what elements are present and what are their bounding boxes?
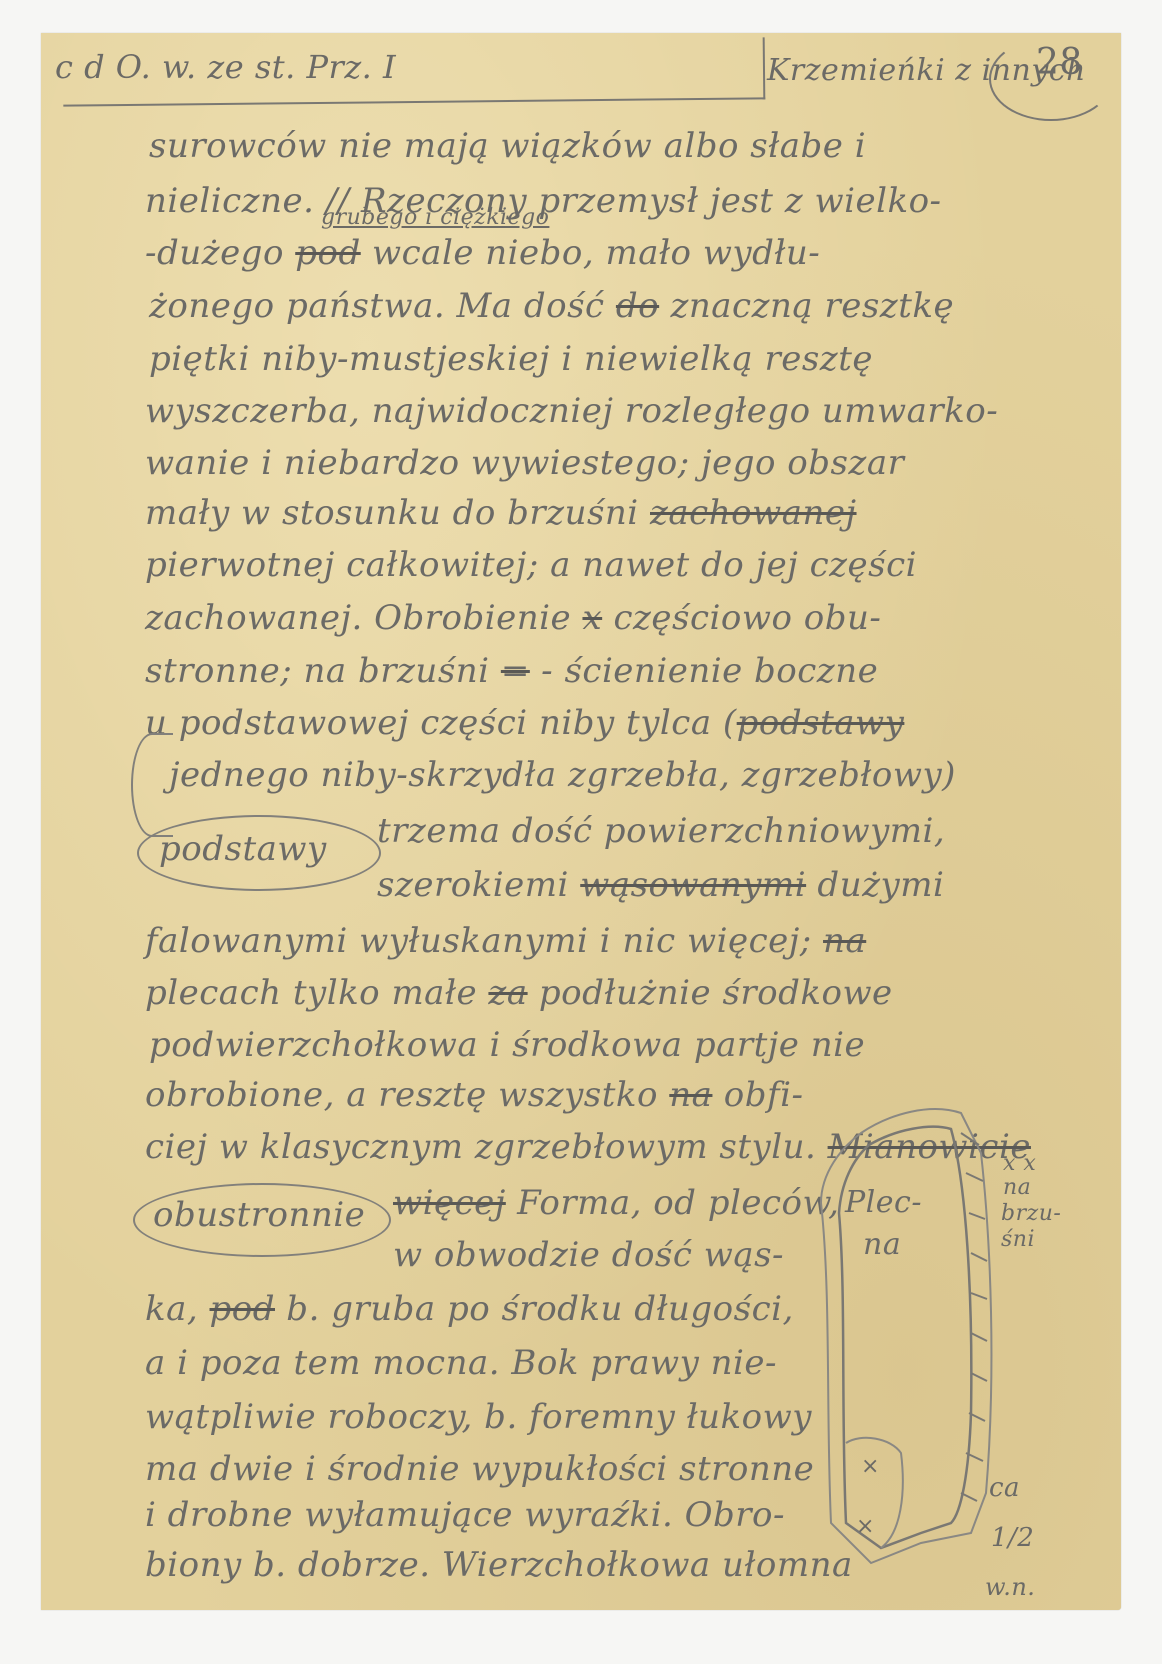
text-line-16: falowanymi wyłuskanymi i nic więcej; na: [145, 921, 866, 961]
struck-word: pod: [210, 1289, 276, 1329]
text-line-24: a i poza tem mocna. Bok prawy nie-: [145, 1343, 777, 1383]
text-line-17: plecach tylko małe za podłużnie środkowe: [145, 973, 893, 1013]
right-note-4: śni: [1001, 1227, 1035, 1252]
right-note-1: x x: [1003, 1151, 1036, 1176]
text-line-7: wanie i niebardzo wywiestego; jego obsza…: [145, 443, 904, 483]
text-line-22: w obwodzie dość wąs-: [393, 1235, 784, 1275]
scale-note-3: w.n.: [985, 1573, 1035, 1601]
text-line-6: wyszczerba, najwidoczniej rozległego umw…: [145, 391, 998, 431]
text-line-26: ma dwie i środnie wypukłości stronne: [145, 1449, 814, 1489]
struck-word: x: [582, 598, 602, 638]
scale-note-1: ca: [989, 1473, 1020, 1503]
margin-note-podstawy: podstawy: [159, 829, 327, 869]
text-line-15: szerokiemi wąsowanymi dużymi: [377, 865, 944, 905]
struck-word: =: [501, 651, 530, 691]
text-line-13: jednego niby-skrzydła zgrzebła, zgrzebło…: [169, 755, 956, 795]
text-line-11: stronne; na brzuśni = - ścienienie boczn…: [145, 651, 878, 691]
text-line-23: ka, pod b. gruba po środku długości,: [145, 1289, 794, 1329]
sketch-label-2: na: [863, 1225, 901, 1265]
svg-text:×: ×: [861, 1454, 879, 1479]
scale-note-2: 1/2: [991, 1523, 1034, 1553]
text-line-5: piętki niby-mustjeskiej i niewielką resz…: [149, 339, 873, 379]
text-line-18: podwierzchołkowa i środkowa partje nie: [149, 1025, 865, 1065]
text-line-19: obrobione, a resztę wszystko na obfi-: [145, 1075, 803, 1115]
flint-tool-sketch-icon: × ×: [801, 1093, 1001, 1593]
header-reference: c d O. w. ze st. Prz. I: [55, 47, 396, 87]
struck-word: więcej: [393, 1183, 506, 1223]
struck-word: na: [823, 921, 866, 961]
page-number: 28: [1036, 43, 1083, 83]
text-line-21: więcej Forma, od pleców,: [393, 1183, 839, 1223]
text-line-27: i drobne wyłamujące wyraźki. Obro-: [145, 1495, 785, 1535]
text-line-25: wątpliwie roboczy, b. foremny łukowy: [145, 1397, 812, 1437]
struck-word: do: [616, 286, 659, 326]
svg-text:×: ×: [856, 1514, 874, 1539]
insertion-above: grubego i ciężkiego: [321, 205, 549, 230]
struck-word: za: [488, 973, 527, 1013]
text-line-3: -dużego pod wcale niebo, mało wydłu-: [145, 233, 820, 273]
manuscript-page: c d O. w. ze st. Prz. I Krzemieńki z inn…: [41, 33, 1121, 1610]
text-line-1: surowców nie mają wiązków albo słabe i: [149, 126, 866, 166]
struck-word: wąsowanymi: [580, 865, 806, 905]
struck-word: pod: [295, 233, 361, 273]
sketch-label-1: Plec-: [845, 1183, 922, 1223]
text-line-9: pierwotnej całkowitej; a nawet do jej cz…: [145, 545, 917, 585]
text-line-12: u podstawowej części niby tylca (podstaw…: [145, 703, 904, 743]
struck-word: na: [669, 1075, 712, 1115]
margin-note-obustronnie: obustronnie: [153, 1195, 365, 1235]
text-line-8: mały w stosunku do brzuśni zachowanej: [145, 493, 857, 533]
right-note-2: na: [1003, 1175, 1031, 1200]
text-line-4: żonego państwa. Ma dość do znaczną reszt…: [149, 286, 954, 326]
right-note-3: brzu-: [1001, 1201, 1061, 1226]
struck-word: podstawy: [737, 703, 905, 743]
text-line-14: trzema dość powierzchniowymi,: [377, 811, 945, 851]
margin-bracket: [131, 733, 173, 837]
struck-word: zachowanej: [650, 493, 857, 533]
text-line-10: zachowanej. Obrobienie x częściowo obu-: [145, 598, 881, 638]
text-line-28: biony b. dobrze. Wierzchołkowa ułomna: [145, 1545, 853, 1585]
